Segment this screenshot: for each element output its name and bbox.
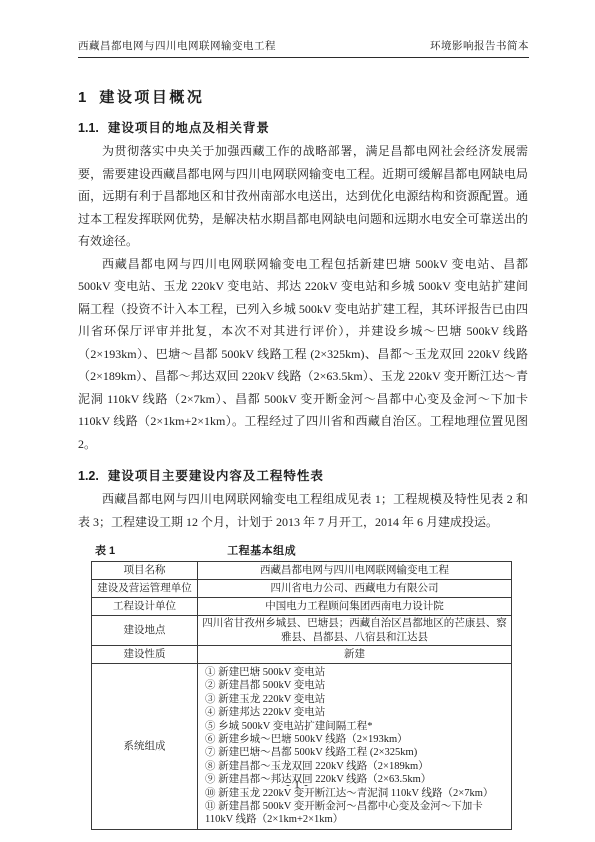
table-1-label: 表 1: [95, 542, 115, 558]
paragraph-background-1: 为贯彻落实中央关于加强西藏工作的战略部署，满足昌都电网社会经济发展需要，需要建设…: [78, 140, 528, 253]
header-left-title: 西藏昌都电网与四川电网联网输变电工程: [78, 38, 276, 53]
system-item: ⑤ 乡城 500kV 变电站扩建间隔工程*: [205, 720, 507, 733]
system-item: ③ 新建玉龙 220kV 变电站: [205, 693, 507, 706]
section-1-1-title: 建设项目的地点及相关背景: [108, 121, 270, 135]
row-label: 建设地点: [92, 616, 198, 646]
paragraph-background-2: 西藏昌都电网与四川电网联网输变电工程包括新建巴塘 500kV 变电站、昌都 50…: [78, 253, 528, 456]
table-row-system-composition: 系统组成 ① 新建巴塘 500kV 变电站 ② 新建昌都 500kV 变电站 ③…: [92, 664, 512, 830]
page-number: - 1 -: [286, 780, 309, 791]
system-item: ② 新建昌都 500kV 变电站: [205, 679, 507, 692]
table-1-title: 工程基本组成: [227, 542, 296, 558]
table-row-management-unit: 建设及营运管理单位 四川省电力公司、西藏电力有限公司: [92, 580, 512, 598]
header-right-title: 环境影响报告书简本: [430, 38, 529, 53]
section-1-number: 1: [78, 89, 86, 106]
row-value: 四川省电力公司、西藏电力有限公司: [198, 580, 512, 598]
section-1-heading: 1建设项目概况: [78, 86, 528, 107]
row-value: 西藏昌都电网与四川电网联网输变电工程: [198, 562, 512, 580]
table-row-location: 建设地点 四川省甘孜州乡城县、巴塘县；西藏自治区昌都地区的芒康县、察雅县、昌都县…: [92, 616, 512, 646]
paragraph-overview: 西藏昌都电网与四川电网联网输变电工程组成见表 1；工程规模及特性见表 2 和表 …: [78, 488, 528, 533]
document-page: 西藏昌都电网与四川电网联网输变电工程 环境影响报告书简本 1建设项目概况 1.1…: [0, 0, 595, 842]
system-item: ① 新建巴塘 500kV 变电站: [205, 666, 507, 679]
table-row-construction-nature: 建设性质 新建: [92, 646, 512, 664]
document-content: 1建设项目概况 1.1.建设项目的地点及相关背景 为贯彻落实中央关于加强西藏工作…: [78, 57, 528, 830]
section-1-1-number: 1.1.: [78, 121, 99, 135]
section-1-1-heading: 1.1.建设项目的地点及相关背景: [78, 118, 528, 136]
system-item: ⑪ 新建昌都 500kV 变开断金河～昌都中心变及金河～下加卡 110kV 线路…: [205, 800, 507, 827]
section-1-2-heading: 1.2.建设项目主要建设内容及工程特性表: [78, 466, 528, 484]
row-value: 新建: [198, 646, 512, 664]
table-1-caption: 表 1 工程基本组成: [91, 542, 528, 558]
page-header: 西藏昌都电网与四川电网联网输变电工程 环境影响报告书简本: [78, 38, 529, 58]
row-label: 建设性质: [92, 646, 198, 664]
row-value: 中国电力工程顾问集团西南电力设计院: [198, 598, 512, 616]
page-footer: - 1 -: [0, 780, 595, 791]
section-1-2-number: 1.2.: [78, 469, 99, 483]
row-label: 建设及营运管理单位: [92, 580, 198, 598]
row-label: 项目名称: [92, 562, 198, 580]
system-item: ④ 新建邦达 220kV 变电站: [205, 706, 507, 719]
row-value: 四川省甘孜州乡城县、巴塘县；西藏自治区昌都地区的芒康县、察雅县、昌都县、八宿县和…: [198, 616, 512, 646]
table-row-design-unit: 工程设计单位 中国电力工程顾问集团西南电力设计院: [92, 598, 512, 616]
system-item: ⑥ 新建乡城～巴塘 500kV 线路（2×193km）: [205, 733, 507, 746]
section-1-2-title: 建设项目主要建设内容及工程特性表: [108, 469, 324, 483]
row-label: 系统组成: [92, 664, 198, 830]
row-label: 工程设计单位: [92, 598, 198, 616]
system-item: ⑧ 新建昌都～玉龙双回 220kV 线路（2×189km）: [205, 760, 507, 773]
system-item: ⑦ 新建巴塘～昌都 500kV 线路工程 (2×325km): [205, 746, 507, 759]
table-row-project-name: 项目名称 西藏昌都电网与四川电网联网输变电工程: [92, 562, 512, 580]
system-composition-list: ① 新建巴塘 500kV 变电站 ② 新建昌都 500kV 变电站 ③ 新建玉龙…: [198, 664, 512, 830]
section-1-title: 建设项目概况: [99, 89, 204, 106]
